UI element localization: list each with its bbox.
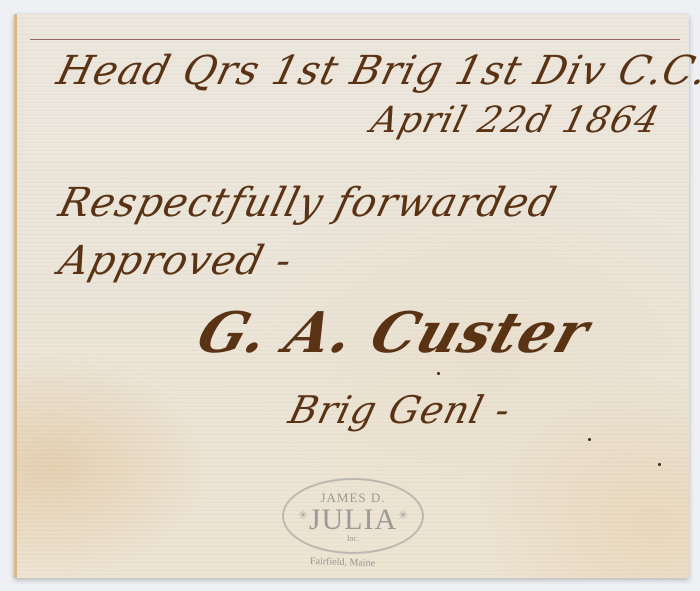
auction-watermark: ✳ ✳ JAMES D. JULIA Inc. — [282, 478, 424, 554]
ink-spot — [588, 438, 591, 441]
date-line: April 22d 1864 — [367, 100, 664, 141]
ink-spot — [658, 463, 661, 466]
ink-spot — [437, 372, 440, 375]
endorsement-line: Respectfully forwarded — [54, 180, 561, 226]
signature-rank: Brig Genl - — [285, 388, 516, 432]
signature: G. A. Custer — [189, 300, 598, 366]
heading-line: Head Qrs 1st Brig 1st Div C.C. — [52, 48, 700, 94]
approval-line: Approved - — [54, 238, 297, 284]
star-ornament-icon: ✳ — [398, 508, 408, 523]
watermark-location: Fairfield, Maine — [310, 556, 375, 569]
ruled-line — [30, 39, 680, 40]
watermark-inc-text: Inc. — [284, 534, 422, 543]
star-ornament-icon: ✳ — [298, 508, 308, 523]
